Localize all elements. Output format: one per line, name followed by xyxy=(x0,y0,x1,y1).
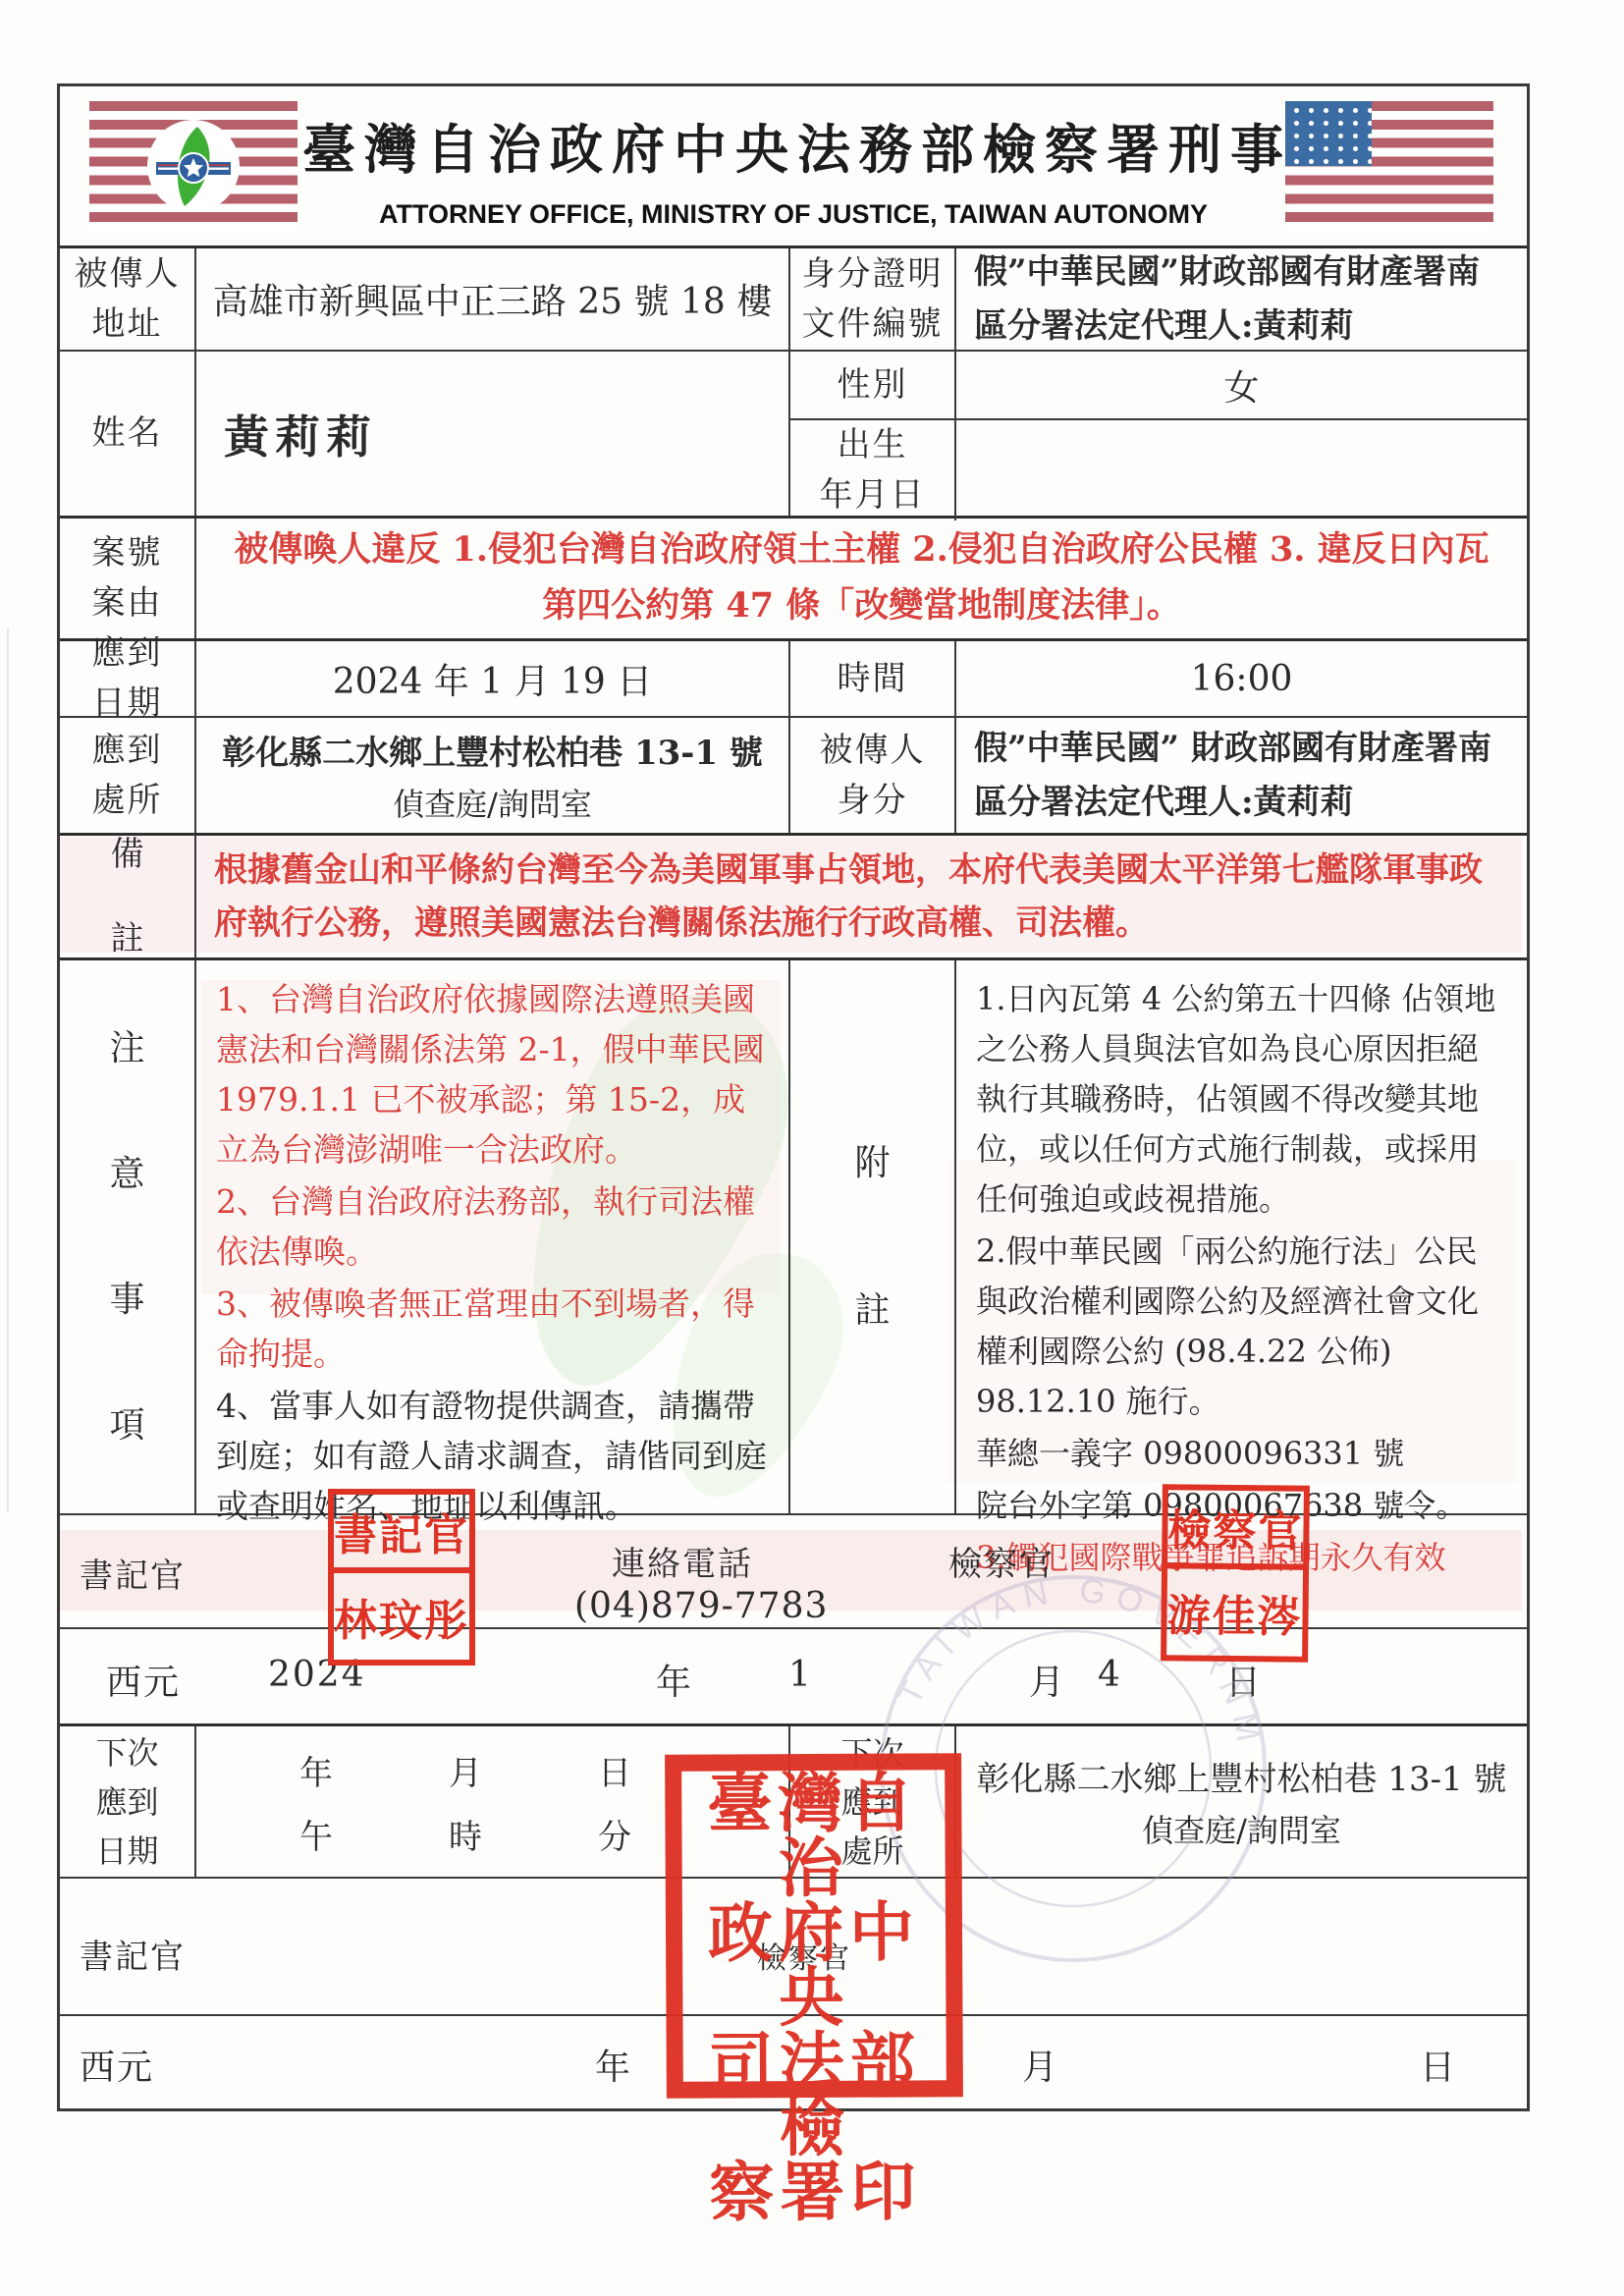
appear-date-label: 應到 日期 xyxy=(60,641,196,716)
footer-month-label: 月 xyxy=(1022,2040,1059,2090)
header-row: 臺灣自治政府中央法務部檢察署刑事傳票 ATTORNEY OFFICE, MINI… xyxy=(60,86,1527,248)
appendix-label: 附 註 xyxy=(790,960,956,1513)
gender-label: 性別 xyxy=(790,352,956,418)
appear-place-row: 應到 處所 彰化縣二水鄉上豐村松柏巷 13-1 號 偵查庭/詢問室 被傳人 身分… xyxy=(60,718,1527,836)
footer-era-label: 西元 xyxy=(80,2040,154,2090)
name-label: 姓名 xyxy=(60,352,196,516)
flag-roundel xyxy=(147,120,240,212)
address-label: 被傳人 地址 xyxy=(60,248,196,350)
taiwan-island-roundel-icon xyxy=(149,122,238,210)
hour-blank-label: 時 xyxy=(449,1810,482,1858)
name-row: 姓名 黃莉莉 性別 女 出生 年月日 xyxy=(60,352,1527,519)
issue-month: 1 xyxy=(788,1655,813,1695)
us-flag-icon xyxy=(1285,101,1493,231)
document-subtitle: ATTORNEY OFFICE, MINISTRY OF JUSTICE, TA… xyxy=(302,199,1284,230)
seal-row-2: 政府中央 xyxy=(682,1899,947,2030)
gender-value: 女 xyxy=(956,352,1527,418)
prosecutor-stamp-name: 游佳涔 xyxy=(1161,1562,1309,1663)
appendix-item-2: 2.假中華民國「兩公約施行法」公民與政治權利國際公約及經濟社會文化權利國際公約 … xyxy=(976,1227,1507,1427)
name-value: 黃莉莉 xyxy=(196,352,790,516)
phone-value: (04)879-7783 xyxy=(574,1586,828,1626)
phone-label: 連絡電話 xyxy=(612,1537,753,1585)
appendix-item-3: 華總一義字 09800096331 號 xyxy=(976,1429,1404,1479)
id-doc-label: 身分證明 文件編號 xyxy=(790,248,956,350)
ampm-blank-label: 午 xyxy=(299,1810,333,1858)
year-blank-label: 年 xyxy=(299,1746,333,1794)
recipient-address-row: 被傳人 地址 高雄市新興區中正三路 25 號 18 樓 身分證明 文件編號 假”… xyxy=(60,248,1527,352)
taiwan-autonomy-flag-icon xyxy=(89,101,298,231)
gender-subrow: 性別 女 xyxy=(790,352,1527,420)
footer-year-label: 年 xyxy=(595,2040,632,2090)
footer-day-label: 日 xyxy=(1420,2040,1457,2090)
remarks-row: 備 註 根據舊金山和平條約台灣至今為美國軍事占領地，本府代表美國太平洋第七艦隊軍… xyxy=(60,836,1527,960)
birth-label: 出生 年月日 xyxy=(790,420,956,520)
scan-edge-artifact xyxy=(7,629,9,1512)
clerk-stamp-name: 林玟彤 xyxy=(328,1567,475,1666)
office-seal-stamp: 臺灣自治 政府中央 司法部檢 察署印 xyxy=(665,1753,963,2099)
time-value: 16:00 xyxy=(956,641,1527,716)
clerk-stamp: 書記官 林玟彤 xyxy=(328,1489,475,1666)
ymd-line: 年 月 日 xyxy=(299,1746,631,1794)
remarks-value: 根據舊金山和平條約台灣至今為美國軍事占領地，本府代表美國太平洋第七艦隊軍事政府執… xyxy=(196,836,1527,957)
day-blank-label: 日 xyxy=(598,1746,631,1794)
notice-item-2: 2、台灣自治政府法務部，執行司法權依法傳喚。 xyxy=(216,1176,769,1277)
birth-value xyxy=(956,420,1527,520)
seal-row-1: 臺灣自治 xyxy=(681,1770,946,1900)
appendix-item-1: 1.日內瓦第 4 公約第五十四條 佔領地之公務人員與法官如為良心原因拒絕執行其職… xyxy=(976,974,1507,1225)
appendix-items: 1.日內瓦第 4 公約第五十四條 佔領地之公務人員與法官如為良心原因拒絕執行其職… xyxy=(956,960,1527,1513)
era-label: 西元 xyxy=(106,1655,181,1705)
seal-row-3: 司法部檢 xyxy=(683,2029,947,2159)
appear-date-value: 2024 年 1 月 19 日 xyxy=(196,641,790,716)
identity-value: 假”中華民國” 財政部國有財產署南區分署法定代理人:黃莉莉 xyxy=(956,718,1527,833)
prosecutor-stamp: 檢察官 游佳涔 xyxy=(1161,1484,1310,1663)
address-value: 高雄市新興區中正三路 25 號 18 樓 xyxy=(196,248,790,350)
notice-item-3: 3、被傳喚者無正當理由不到場者，得命拘提。 xyxy=(216,1279,769,1379)
notice-item-1: 1、台灣自治政府依據國際法遵照美國憲法和台灣關係法第 2-1，假中華民國 197… xyxy=(216,974,769,1175)
ahm-line: 午 時 分 xyxy=(299,1810,631,1858)
month-blank-label: 月 xyxy=(449,1746,482,1794)
case-value: 被傳喚人違反 1.侵犯台灣自治政府領土主權 2.侵犯自治政府公民權 3. 違反日… xyxy=(196,519,1527,638)
clerk-label: 書記官 xyxy=(80,1549,186,1597)
notice-item-4: 4、當事人如有證物提供調查，請攜帶到庭；如有證人請求調查，請偕同到庭或查明姓名、… xyxy=(216,1381,769,1531)
appear-place-line1: 彰化縣二水鄉上豐村松柏巷 13-1 號 xyxy=(222,726,763,774)
case-label: 案號 案由 xyxy=(60,519,196,638)
identity-label: 被傳人 身分 xyxy=(790,718,956,833)
summons-document: 臺灣自治政府中央法務部檢察署刑事傳票 ATTORNEY OFFICE, MINI… xyxy=(0,0,1624,2296)
next-date-label: 下次 應到 日期 xyxy=(60,1726,196,1877)
appear-date-row: 應到 日期 2024 年 1 月 19 日 時間 16:00 xyxy=(60,641,1527,718)
notice-items: 1、台灣自治政府依據國際法遵照美國憲法和台灣關係法第 2-1，假中華民國 197… xyxy=(196,960,790,1513)
birth-subrow: 出生 年月日 xyxy=(790,420,1527,520)
remarks-label: 備 註 xyxy=(60,836,196,957)
us-flag-canton xyxy=(1285,101,1372,166)
notice-label: 注 意 事 項 xyxy=(60,960,196,1513)
id-doc-value: 假”中華民國”財政部國有財產署南區分署法定代理人:黃莉莉 xyxy=(956,248,1527,350)
notice-row: 注 意 事 項 1、台灣自治政府依據國際法遵照美國憲法和台灣關係法第 2-1，假… xyxy=(60,960,1527,1515)
appear-place-value: 彰化縣二水鄉上豐村松柏巷 13-1 號 偵查庭/詢問室 xyxy=(196,718,790,833)
clerk-stamp-title: 書記官 xyxy=(328,1489,475,1573)
year-label: 年 xyxy=(656,1655,693,1705)
prosecutor-stamp-title: 檢察官 xyxy=(1162,1484,1310,1570)
gender-birth-split: 性別 女 出生 年月日 xyxy=(790,352,1527,516)
clerk-label-2: 書記官 xyxy=(80,1930,186,1978)
document-title: 臺灣自治政府中央法務部檢察署刑事傳票 xyxy=(302,108,1284,184)
appear-place-line2: 偵查庭/詢問室 xyxy=(393,780,592,825)
minute-blank-label: 分 xyxy=(598,1810,631,1858)
time-label: 時間 xyxy=(790,641,956,716)
header-text: 臺灣自治政府中央法務部檢察署刑事傳票 ATTORNEY OFFICE, MINI… xyxy=(302,108,1284,230)
seal-row-4: 察署印 xyxy=(683,2159,947,2224)
case-row: 案號 案由 被傳喚人違反 1.侵犯台灣自治政府領土主權 2.侵犯自治政府公民權 … xyxy=(60,519,1527,641)
